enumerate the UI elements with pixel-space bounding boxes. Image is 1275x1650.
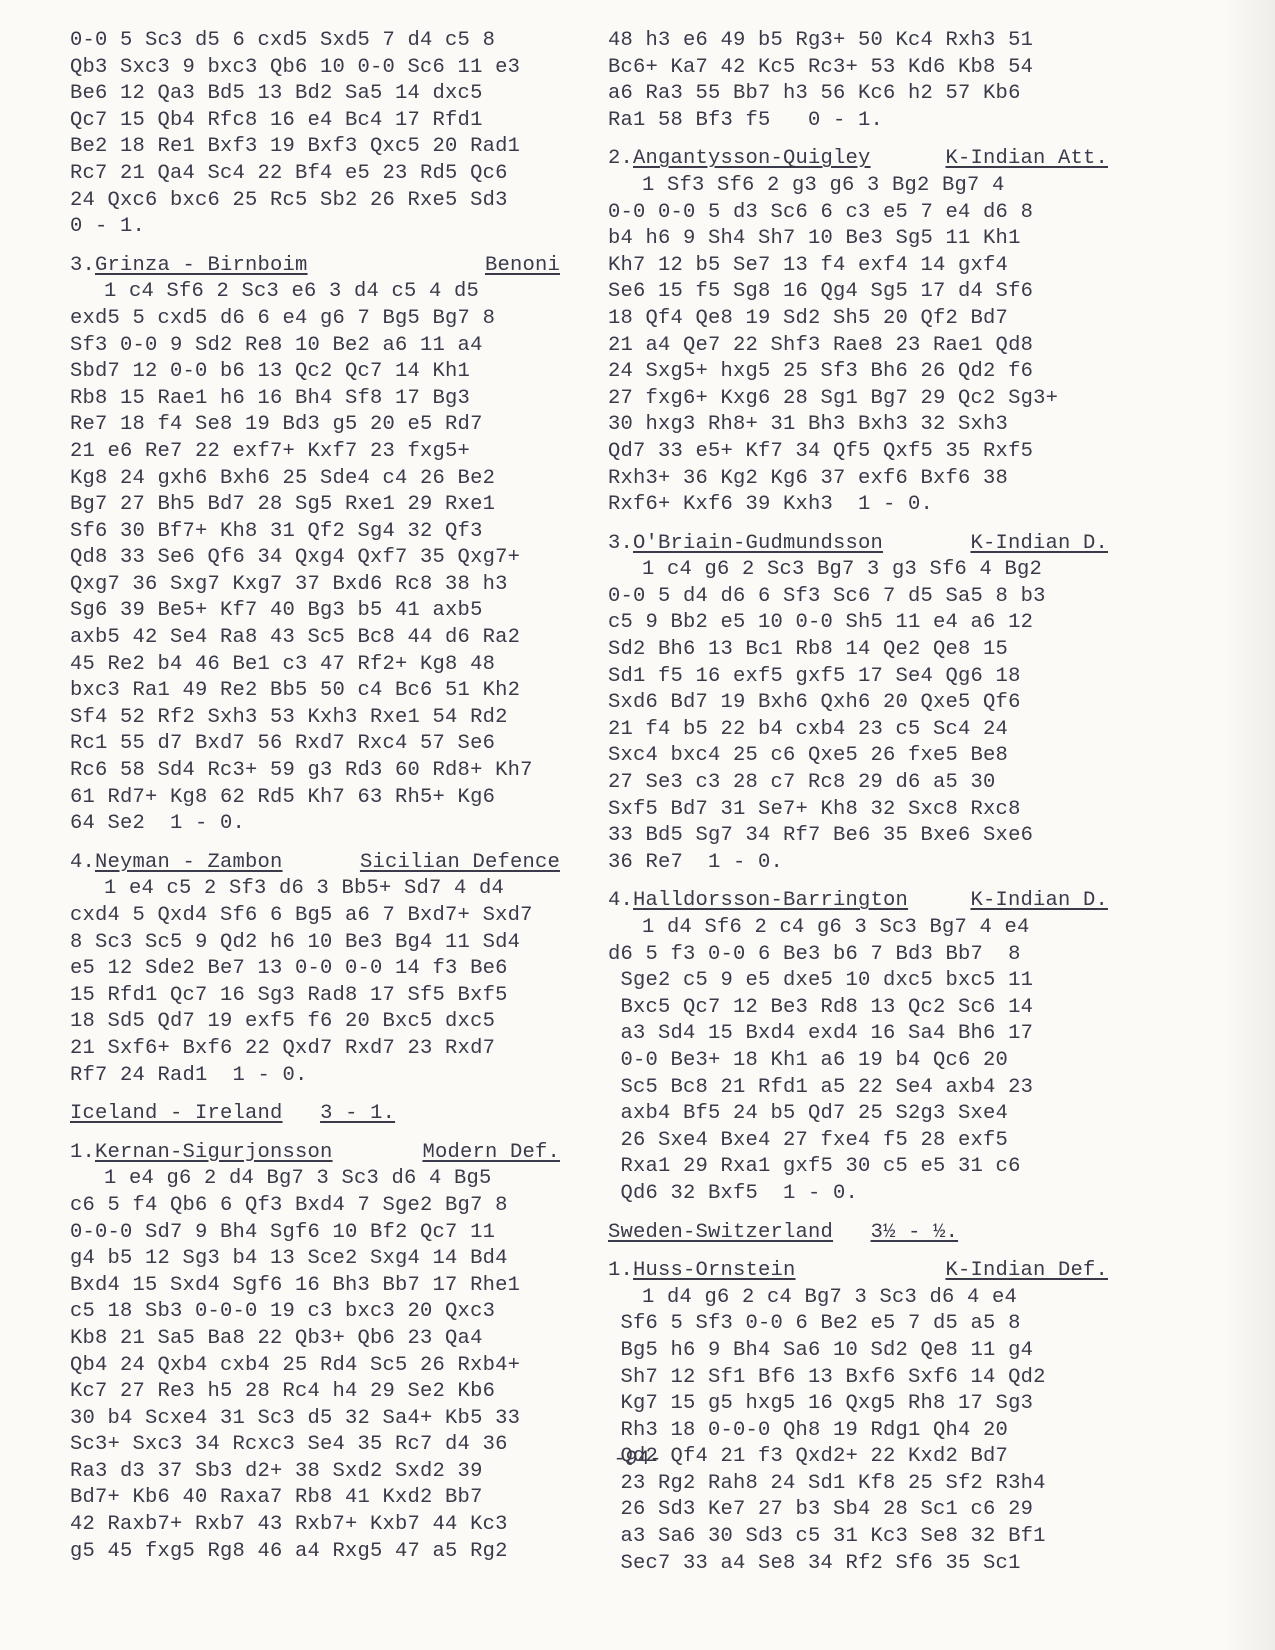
game-players: Halldorsson-Barrington bbox=[633, 889, 908, 912]
moves-line: g5 45 fxg5 Rg8 46 a4 Rxg5 47 a5 Rg2 bbox=[70, 1539, 560, 1566]
game-heading: 1.Kernan-SigurjonssonModern Def. bbox=[70, 1140, 560, 1167]
game-number: 3. bbox=[608, 532, 633, 555]
moves-line: 21 Sxf6+ Bxf6 22 Qxd7 Rxd7 23 Rxd7 bbox=[70, 1036, 560, 1063]
moves-first-line: 1 d4 g6 2 c4 Bg7 3 Sc3 d6 4 e4 bbox=[608, 1285, 1108, 1312]
moves-line: c5 9 Bb2 e5 10 0-0 Sh5 11 e4 a6 12 bbox=[608, 610, 1108, 637]
section-gap bbox=[70, 241, 560, 253]
moves-line: Bg7 27 Bh5 Bd7 28 Sg5 Rxe1 29 Rxe1 bbox=[70, 492, 560, 519]
moves-line: Bg5 h6 9 Bh4 Sa6 10 Sd2 Qe8 11 g4 bbox=[608, 1338, 1108, 1365]
game-heading: 2.Angantysson-QuigleyK-Indian Att. bbox=[608, 146, 1108, 173]
moves-line: Rc1 55 d7 Bxd7 56 Rxd7 Rxc4 57 Se6 bbox=[70, 731, 560, 758]
right-column: 48 h3 e6 49 b5 Rg3+ 50 Kc4 Rxh3 51Bc6+ K… bbox=[608, 28, 1108, 1577]
moves-line: Sf6 5 Sf3 0-0 6 Be2 e5 7 d5 a5 8 bbox=[608, 1311, 1108, 1338]
moves-line: 24 Qxc6 bxc6 25 Rc5 Sb2 26 Rxe5 Sd3 bbox=[70, 188, 560, 215]
game-title: 1.Kernan-Sigurjonsson bbox=[70, 1140, 333, 1167]
moves-first-line: 1 d4 Sf6 2 c4 g6 3 Sc3 Bg7 4 e4 bbox=[608, 915, 1108, 942]
moves-line: a3 Sd4 15 Bxd4 exd4 16 Sa4 Bh6 17 bbox=[608, 1021, 1108, 1048]
game-opening: Benoni bbox=[485, 253, 560, 280]
moves-line: 21 f4 b5 22 b4 cxb4 23 c5 Sc4 24 bbox=[608, 717, 1108, 744]
moves-line: Rxh3+ 36 Kg2 Kg6 37 exf6 Bxf6 38 bbox=[608, 466, 1108, 493]
moves-line: 30 b4 Scxe4 31 Sc3 d5 32 Sa4+ Kb5 33 bbox=[70, 1406, 560, 1433]
moves-first-line: 1 Sf3 Sf6 2 g3 g6 3 Bg2 Bg7 4 bbox=[608, 173, 1108, 200]
game-opening: K-Indian D. bbox=[970, 531, 1108, 558]
game-players: Huss-Ornstein bbox=[633, 1259, 796, 1282]
moves-line: 33 Bd5 Sg7 34 Rf7 Be6 35 Bxe6 Sxe6 bbox=[608, 823, 1108, 850]
moves-line: 0-0 5 Sc3 d5 6 cxd5 Sxd5 7 d4 c5 8 bbox=[70, 28, 560, 55]
moves-line: 27 Se3 c3 28 c7 Rc8 29 d6 a5 30 bbox=[608, 770, 1108, 797]
moves-line: 24 Sxg5+ hxg5 25 Sf3 Bh6 26 Qd2 f6 bbox=[608, 359, 1108, 386]
match-score: 3 - 1. bbox=[320, 1102, 395, 1125]
moves-line: 0-0 5 d4 d6 6 Sf3 Sc6 7 d5 Sa5 8 b3 bbox=[608, 584, 1108, 611]
game-title: 1.Huss-Ornstein bbox=[608, 1258, 796, 1285]
game-title: 2.Angantysson-Quigley bbox=[608, 146, 871, 173]
moves-line: 26 Sxe4 Bxe4 27 fxe4 f5 28 exf5 bbox=[608, 1128, 1108, 1155]
game-heading: 4.Halldorsson-BarringtonK-Indian D. bbox=[608, 888, 1108, 915]
game-number: 1. bbox=[608, 1259, 633, 1282]
moves-line: 15 Rfd1 Qc7 16 Sg3 Rad8 17 Sf5 Bxf5 bbox=[70, 983, 560, 1010]
game-title: 3.Grinza - Birnboim bbox=[70, 253, 308, 280]
moves-first-line: 1 c4 g6 2 Sc3 Bg7 3 g3 Sf6 4 Bg2 bbox=[608, 557, 1108, 584]
moves-line: Rb8 15 Rae1 h6 16 Bh4 Sf8 17 Bg3 bbox=[70, 386, 560, 413]
game-opening: Sicilian Defence bbox=[360, 850, 560, 877]
moves-line: Be6 12 Qa3 Bd5 13 Bd2 Sa5 14 dxc5 bbox=[70, 81, 560, 108]
moves-line: Re7 18 f4 Se8 19 Bd3 g5 20 e5 Rd7 bbox=[70, 412, 560, 439]
scanned-page: 0-0 5 Sc3 d5 6 cxd5 Sxd5 7 d4 c5 8Qb3 Sx… bbox=[0, 0, 1275, 1650]
moves-line: d6 5 f3 0-0 6 Be3 b6 7 Bd3 Bb7 8 bbox=[608, 942, 1108, 969]
moves-first-line: 1 c4 Sf6 2 Sc3 e6 3 d4 c5 4 d5 bbox=[70, 279, 560, 306]
moves-line: 64 Se2 1 - 0. bbox=[70, 811, 560, 838]
moves-line: Rxa1 29 Rxa1 gxf5 30 c5 e5 31 c6 bbox=[608, 1154, 1108, 1181]
match-heading: Iceland - Ireland 3 - 1. bbox=[70, 1101, 560, 1128]
moves-line: Kg7 15 g5 hxg5 16 Qxg5 Rh8 17 Sg3 bbox=[608, 1391, 1108, 1418]
game-players: Grinza - Birnboim bbox=[95, 254, 308, 277]
moves-line: a6 Ra3 55 Bb7 h3 56 Kc6 h2 57 Kb6 bbox=[608, 81, 1108, 108]
moves-line: Sf6 30 Bf7+ Kh8 31 Qf2 Sg4 32 Qf3 bbox=[70, 519, 560, 546]
moves-line: Bxd4 15 Sxd4 Sgf6 16 Bh3 Bb7 17 Rhe1 bbox=[70, 1273, 560, 1300]
moves-line: e5 12 Sde2 Be7 13 0-0 0-0 14 f3 Be6 bbox=[70, 956, 560, 983]
moves-line: 36 Re7 1 - 0. bbox=[608, 850, 1108, 877]
moves-line: Rxf6+ Kxf6 39 Kxh3 1 - 0. bbox=[608, 492, 1108, 519]
moves-line: Rh3 18 0-0-0 Qh8 19 Rdg1 Qh4 20 bbox=[608, 1418, 1108, 1445]
section-gap bbox=[608, 1246, 1108, 1258]
moves-line: 8 Sc3 Sc5 9 Qd2 h6 10 Be3 Bg4 11 Sd4 bbox=[70, 930, 560, 957]
moves-line: Sxc4 bxc4 25 c6 Qxe5 26 fxe5 Be8 bbox=[608, 743, 1108, 770]
game-opening: K-Indian D. bbox=[970, 888, 1108, 915]
moves-line: axb5 42 Se4 Ra8 43 Sc5 Bc8 44 d6 Ra2 bbox=[70, 625, 560, 652]
game-number: 2. bbox=[608, 147, 633, 170]
moves-line: 42 Raxb7+ Rxb7 43 Rxb7+ Kxb7 44 Kc3 bbox=[70, 1512, 560, 1539]
moves-line: Sxf5 Bd7 31 Se7+ Kh8 32 Sxc8 Rxc8 bbox=[608, 797, 1108, 824]
moves-line: 0 - 1. bbox=[70, 214, 560, 241]
moves-line: 27 fxg6+ Kxg6 28 Sg1 Bg7 29 Qc2 Sg3+ bbox=[608, 386, 1108, 413]
game-opening: Modern Def. bbox=[422, 1140, 560, 1167]
game-heading: 4.Neyman - ZambonSicilian Defence bbox=[70, 850, 560, 877]
moves-first-line: 1 e4 c5 2 Sf3 d6 3 Bb5+ Sd7 4 d4 bbox=[70, 876, 560, 903]
moves-line: Kg8 24 gxh6 Bxh6 25 Sde4 c4 26 Be2 bbox=[70, 466, 560, 493]
moves-line: 23 Rg2 Rah8 24 Sd1 Kf8 25 Sf2 R3h4 bbox=[608, 1471, 1108, 1498]
left-column: 0-0 5 Sc3 d5 6 cxd5 Sxd5 7 d4 c5 8Qb3 Sx… bbox=[70, 28, 560, 1565]
moves-line: 18 Qf4 Qe8 19 Sd2 Sh5 20 Qf2 Bd7 bbox=[608, 306, 1108, 333]
moves-line: c5 18 Sb3 0-0-0 19 c3 bxc3 20 Qxc3 bbox=[70, 1299, 560, 1326]
moves-line: Qb3 Sxc3 9 bxc3 Qb6 10 0-0 Sc6 11 e3 bbox=[70, 55, 560, 82]
section-gap bbox=[608, 519, 1108, 531]
moves-line: Be2 18 Re1 Bxf3 19 Bxf3 Qxc5 20 Rad1 bbox=[70, 134, 560, 161]
moves-line: Sf4 52 Rf2 Sxh3 53 Kxh3 Rxe1 54 Rd2 bbox=[70, 705, 560, 732]
section-gap bbox=[70, 1128, 560, 1140]
game-players: Angantysson-Quigley bbox=[633, 147, 871, 170]
moves-line: Rc6 58 Sd4 Rc3+ 59 g3 Rd3 60 Rd8+ Kh7 bbox=[70, 758, 560, 785]
moves-line: Qd6 32 Bxf5 1 - 0. bbox=[608, 1181, 1108, 1208]
moves-line: c6 5 f4 Qb6 6 Qf3 Bxd4 7 Sge2 Bg7 8 bbox=[70, 1193, 560, 1220]
match-score: 3½ - ½. bbox=[871, 1221, 959, 1244]
moves-line: Qd7 33 e5+ Kf7 34 Qf5 Qxf5 35 Rxf5 bbox=[608, 439, 1108, 466]
moves-line: Sd2 Bh6 13 Bc1 Rb8 14 Qe2 Qe8 15 bbox=[608, 637, 1108, 664]
moves-line: Sf3 0-0 9 Sd2 Re8 10 Be2 a6 11 a4 bbox=[70, 333, 560, 360]
game-title: 3.O'Briain-Gudmundsson bbox=[608, 531, 883, 558]
moves-line: Se6 15 f5 Sg8 16 Qg4 Sg5 17 d4 Sf6 bbox=[608, 279, 1108, 306]
section-gap bbox=[608, 134, 1108, 146]
page-number: -94- bbox=[0, 1448, 1275, 1471]
moves-line: Rf7 24 Rad1 1 - 0. bbox=[70, 1063, 560, 1090]
moves-line: Sec7 33 a4 Se8 34 Rf2 Sf6 35 Sc1 bbox=[608, 1551, 1108, 1578]
moves-line: 26 Sd3 Ke7 27 b3 Sb4 28 Sc1 c6 29 bbox=[608, 1497, 1108, 1524]
moves-line: Sxd6 Bd7 19 Bxh6 Qxh6 20 Qxe5 Qf6 bbox=[608, 690, 1108, 717]
moves-line: 21 e6 Re7 22 exf7+ Kxf7 23 fxg5+ bbox=[70, 439, 560, 466]
moves-line: 0-0-0 Sd7 9 Bh4 Sgf6 10 Bf2 Qc7 11 bbox=[70, 1220, 560, 1247]
moves-line: 45 Re2 b4 46 Be1 c3 47 Rf2+ Kg8 48 bbox=[70, 652, 560, 679]
moves-line: exd5 5 cxd5 d6 6 e4 g6 7 Bg5 Bg7 8 bbox=[70, 306, 560, 333]
moves-line: Qd8 33 Se6 Qf6 34 Qxg4 Qxf7 35 Qxg7+ bbox=[70, 545, 560, 572]
game-players: Neyman - Zambon bbox=[95, 851, 283, 874]
moves-line: bxc3 Ra1 49 Re2 Bb5 50 c4 Bc6 51 Kh2 bbox=[70, 678, 560, 705]
moves-line: Bxc5 Qc7 12 Be3 Rd8 13 Qc2 Sc6 14 bbox=[608, 995, 1108, 1022]
moves-line: Sg6 39 Be5+ Kf7 40 Bg3 b5 41 axb5 bbox=[70, 598, 560, 625]
moves-line: 0-0 0-0 5 d3 Sc6 6 c3 e5 7 e4 d6 8 bbox=[608, 200, 1108, 227]
match-teams: Iceland - Ireland bbox=[70, 1102, 283, 1125]
moves-line: 18 Sd5 Qd7 19 exf5 f6 20 Bxc5 dxc5 bbox=[70, 1009, 560, 1036]
moves-line: Sbd7 12 0-0 b6 13 Qc2 Qc7 14 Kh1 bbox=[70, 359, 560, 386]
moves-line: b4 h6 9 Sh4 Sh7 10 Be3 Sg5 11 Kh1 bbox=[608, 226, 1108, 253]
game-number: 1. bbox=[70, 1141, 95, 1164]
moves-line: Sc5 Bc8 21 Rfd1 a5 22 Se4 axb4 23 bbox=[608, 1075, 1108, 1102]
game-heading: 1.Huss-OrnsteinK-Indian Def. bbox=[608, 1258, 1108, 1285]
game-number: 4. bbox=[70, 851, 95, 874]
moves-line: Kb8 21 Sa5 Ba8 22 Qb3+ Qb6 23 Qa4 bbox=[70, 1326, 560, 1353]
game-number: 3. bbox=[70, 254, 95, 277]
game-players: Kernan-Sigurjonsson bbox=[95, 1141, 333, 1164]
moves-line: 30 hxg3 Rh8+ 31 Bh3 Bxh3 32 Sxh3 bbox=[608, 412, 1108, 439]
game-title: 4.Halldorsson-Barrington bbox=[608, 888, 908, 915]
moves-line: Qb4 24 Qxb4 cxb4 25 Rd4 Sc5 26 Rxb4+ bbox=[70, 1353, 560, 1380]
moves-line: 48 h3 e6 49 b5 Rg3+ 50 Kc4 Rxh3 51 bbox=[608, 28, 1108, 55]
moves-line: Kc7 27 Re3 h5 28 Rc4 h4 29 Se2 Kb6 bbox=[70, 1379, 560, 1406]
moves-line: Bc6+ Ka7 42 Kc5 Rc3+ 53 Kd6 Kb8 54 bbox=[608, 55, 1108, 82]
game-number: 4. bbox=[608, 889, 633, 912]
moves-line: Qxg7 36 Sxg7 Kxg7 37 Bxd6 Rc8 38 h3 bbox=[70, 572, 560, 599]
match-teams: Sweden-Switzerland bbox=[608, 1221, 833, 1244]
moves-line: Bd7+ Kb6 40 Raxa7 Rb8 41 Kxd2 Bb7 bbox=[70, 1485, 560, 1512]
moves-line: Rc7 21 Qa4 Sc4 22 Bf4 e5 23 Rd5 Qc6 bbox=[70, 161, 560, 188]
moves-first-line: 1 e4 g6 2 d4 Bg7 3 Sc3 d6 4 Bg5 bbox=[70, 1166, 560, 1193]
moves-line: Kh7 12 b5 Se7 13 f4 exf4 14 gxf4 bbox=[608, 253, 1108, 280]
section-gap bbox=[608, 876, 1108, 888]
game-opening: K-Indian Att. bbox=[945, 146, 1108, 173]
section-gap bbox=[70, 838, 560, 850]
moves-line: Ra1 58 Bf3 f5 0 - 1. bbox=[608, 108, 1108, 135]
moves-line: cxd4 5 Qxd4 Sf6 6 Bg5 a6 7 Bxd7+ Sxd7 bbox=[70, 903, 560, 930]
moves-line: 61 Rd7+ Kg8 62 Rd5 Kh7 63 Rh5+ Kg6 bbox=[70, 785, 560, 812]
game-opening: K-Indian Def. bbox=[945, 1258, 1108, 1285]
game-heading: 3.Grinza - BirnboimBenoni bbox=[70, 253, 560, 280]
moves-line: a3 Sa6 30 Sd3 c5 31 Kc3 Se8 32 Bf1 bbox=[608, 1524, 1108, 1551]
section-gap bbox=[70, 1089, 560, 1101]
moves-line: Qc7 15 Qb4 Rfc8 16 e4 Bc4 17 Rfd1 bbox=[70, 108, 560, 135]
moves-line: g4 b5 12 Sg3 b4 13 Sce2 Sxg4 14 Bd4 bbox=[70, 1246, 560, 1273]
game-players: O'Briain-Gudmundsson bbox=[633, 532, 883, 555]
match-heading: Sweden-Switzerland 3½ - ½. bbox=[608, 1220, 1108, 1247]
moves-line: Sge2 c5 9 e5 dxe5 10 dxc5 bxc5 11 bbox=[608, 968, 1108, 995]
moves-line: 0-0 Be3+ 18 Kh1 a6 19 b4 Qc6 20 bbox=[608, 1048, 1108, 1075]
scan-edge-shadow bbox=[1225, 0, 1275, 1650]
game-heading: 3.O'Briain-GudmundssonK-Indian D. bbox=[608, 531, 1108, 558]
moves-line: axb4 Bf5 24 b5 Qd7 25 S2g3 Sxe4 bbox=[608, 1101, 1108, 1128]
moves-line: 21 a4 Qe7 22 Shf3 Rae8 23 Rae1 Qd8 bbox=[608, 333, 1108, 360]
game-title: 4.Neyman - Zambon bbox=[70, 850, 283, 877]
section-gap bbox=[608, 1208, 1108, 1220]
moves-line: Sh7 12 Sf1 Bf6 13 Bxf6 Sxf6 14 Qd2 bbox=[608, 1365, 1108, 1392]
moves-line: Sd1 f5 16 exf5 gxf5 17 Se4 Qg6 18 bbox=[608, 664, 1108, 691]
